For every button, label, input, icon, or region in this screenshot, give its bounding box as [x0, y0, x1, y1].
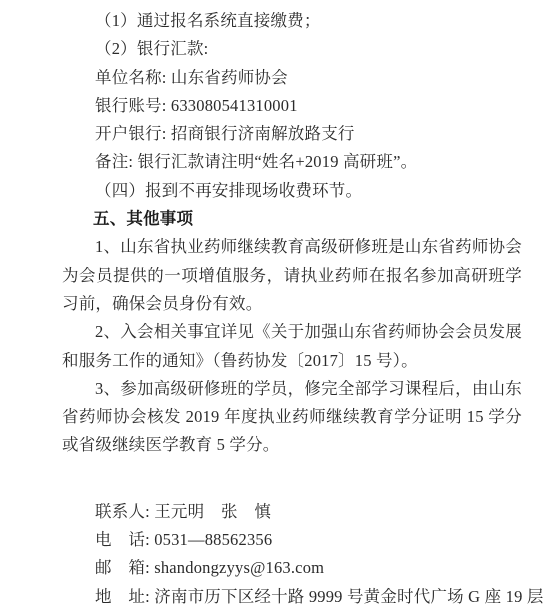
bank-branch-name: 开户银行: 招商银行济南解放路支行 — [62, 120, 522, 148]
contact-phone: 电 话: 0531—88562356 — [62, 526, 522, 554]
contact-person: 联系人: 王元明 张 慎 — [62, 498, 522, 526]
payment-method-1: （1）通过报名系统直接缴费； — [62, 7, 522, 35]
other-matters-para-3: 3、参加高级研修班的学员，修完全部学习课程后，由山东省药师协会核发 2019 年… — [62, 375, 522, 460]
other-matters-para-1: 1、山东省执业药师继续教育高级研修班是山东省药师协会为会员提供的一项增值服务，请… — [62, 233, 522, 318]
contact-address: 地 址: 济南市历下区经十路 9999 号黄金时代广场 G 座 19 层 — [62, 583, 522, 608]
other-matters-para-2: 2、入会相关事宜详见《关于加强山东省药师协会会员发展和服务工作的通知》（鲁药协发… — [62, 318, 522, 375]
payment-method-2: （2）银行汇款: — [62, 35, 522, 63]
onsite-payment-note: （四）报到不再安排现场收费环节。 — [62, 177, 522, 205]
bank-unit-name: 单位名称: 山东省药师协会 — [62, 64, 522, 92]
contact-block: 联系人: 王元明 张 慎 电 话: 0531—88562356 邮 箱: sha… — [62, 498, 522, 608]
section-heading-other-matters: 五、其他事项 — [62, 205, 522, 233]
contact-email: 邮 箱: shandongzyys@163.com — [62, 554, 522, 582]
bank-remark: 备注: 银行汇款请注明“姓名+2019 高研班”。 — [62, 148, 522, 176]
document-page: （1）通过报名系统直接缴费； （2）银行汇款: 单位名称: 山东省药师协会 银行… — [0, 0, 550, 608]
bank-account-number: 银行账号: 633080541310001 — [62, 92, 522, 120]
